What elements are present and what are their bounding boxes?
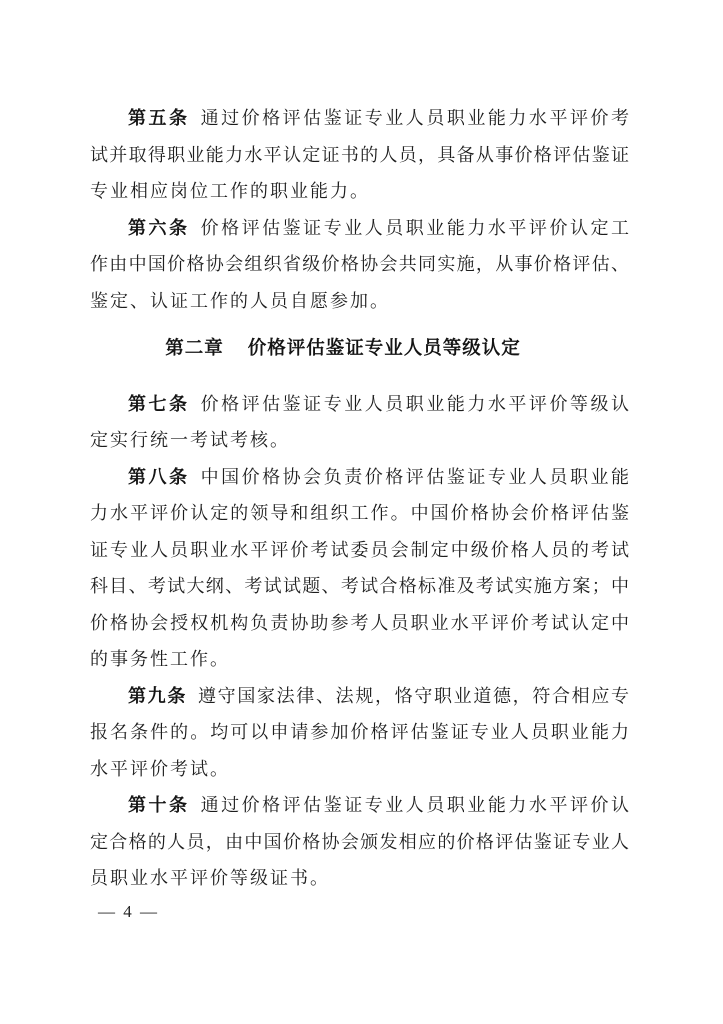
article-number: 第十条: [128, 795, 190, 815]
text-line: 的事务性工作。: [90, 641, 630, 678]
article-text: 价格评估鉴证专业人员职业能力水平评价认定工: [201, 218, 630, 238]
article-text: 通过价格评估鉴证专业人员职业能力水平评价考: [201, 108, 630, 128]
text-line: 第十条通过价格评估鉴证专业人员职业能力水平评价认: [90, 787, 630, 824]
article-number: 第八条: [128, 467, 190, 487]
document-page: 第五条通过价格评估鉴证专业人员职业能力水平评价考试并取得职业能力水平认定证书的人…: [0, 0, 723, 1024]
article-paragraph: 第六条价格评估鉴证专业人员职业能力水平评价认定工作由中国价格协会组织省级价格协会…: [90, 210, 630, 320]
text-line: 鉴定、认证工作的人员自愿参加。: [90, 283, 630, 320]
article-number: 第七条: [128, 394, 190, 414]
text-line: 证专业人员职业水平评价考试委员会制定中级价格人员的考试: [90, 532, 630, 569]
text-line: 作由中国价格协会组织省级价格协会共同实施，从事价格评估、: [90, 246, 630, 283]
article-paragraph: 第八条中国价格协会负责价格评估鉴证专业人员职业能力水平评价认定的领导和组织工作。…: [90, 459, 630, 678]
article-text: 遵守国家法律、法规，恪守职业道德，符合相应专业: [128, 686, 630, 715]
chapter-heading: 第二章价格评估鉴证专业人员等级认定: [90, 331, 630, 368]
text-line: 第九条遵守国家法律、法规，恪守职业道德，符合相应专业: [90, 678, 630, 715]
article-number: 第九条: [128, 686, 187, 706]
text-line: 力水平评价认定的领导和组织工作。中国价格协会价格评估鉴: [90, 495, 630, 532]
text-line: 水平评价考试。: [90, 751, 630, 788]
chapter-number: 第二章: [165, 339, 224, 359]
article-text: 中国价格协会负责价格评估鉴证专业人员职业能: [201, 467, 630, 487]
text-line: 试并取得职业能力水平认定证书的人员，具备从事价格评估鉴证: [90, 137, 630, 174]
text-line: 专业相应岗位工作的职业能力。: [90, 173, 630, 210]
document-body: 第五条通过价格评估鉴证专业人员职业能力水平评价考试并取得职业能力水平认定证书的人…: [90, 100, 630, 923]
text-line: 第七条价格评估鉴证专业人员职业能力水平评价等级认: [90, 386, 630, 423]
text-line: 价格协会授权机构负责协助参考人员职业水平评价考试认定中: [90, 605, 630, 642]
article-paragraph: 第十条通过价格评估鉴证专业人员职业能力水平评价认定合格的人员，由中国价格协会颁发…: [90, 787, 630, 897]
text-line: 第八条中国价格协会负责价格评估鉴证专业人员职业能: [90, 459, 630, 496]
page-number: — 4 —: [98, 902, 159, 921]
text-line: 定合格的人员，由中国价格协会颁发相应的价格评估鉴证专业人: [90, 824, 630, 861]
chapter-title: 价格评估鉴证专业人员等级认定: [248, 339, 521, 359]
text-line: 定实行统一考试考核。: [90, 422, 630, 459]
article-text: 通过价格评估鉴证专业人员职业能力水平评价认: [201, 795, 630, 815]
text-line: 第五条通过价格评估鉴证专业人员职业能力水平评价考: [90, 100, 630, 137]
article-paragraph: 第五条通过价格评估鉴证专业人员职业能力水平评价考试并取得职业能力水平认定证书的人…: [90, 100, 630, 210]
text-line: 员职业水平评价等级证书。: [90, 860, 630, 897]
article-number: 第五条: [128, 108, 190, 128]
article-paragraph: 第七条价格评估鉴证专业人员职业能力水平评价等级认定实行统一考试考核。: [90, 386, 630, 459]
text-line: 报名条件的。均可以申请参加价格评估鉴证专业人员职业能力: [90, 714, 630, 751]
article-paragraph: 第九条遵守国家法律、法规，恪守职业道德，符合相应专业报名条件的。均可以申请参加价…: [90, 678, 630, 788]
document-text-blocks: 第五条通过价格评估鉴证专业人员职业能力水平评价考试并取得职业能力水平认定证书的人…: [90, 100, 630, 897]
text-line: 科目、考试大纲、考试试题、考试合格标准及考试实施方案；中国: [90, 568, 630, 605]
text-line: 第六条价格评估鉴证专业人员职业能力水平评价认定工: [90, 210, 630, 247]
article-text: 价格评估鉴证专业人员职业能力水平评价等级认: [201, 394, 630, 414]
page-footer: — 4 —: [98, 901, 630, 923]
article-number: 第六条: [128, 218, 190, 238]
